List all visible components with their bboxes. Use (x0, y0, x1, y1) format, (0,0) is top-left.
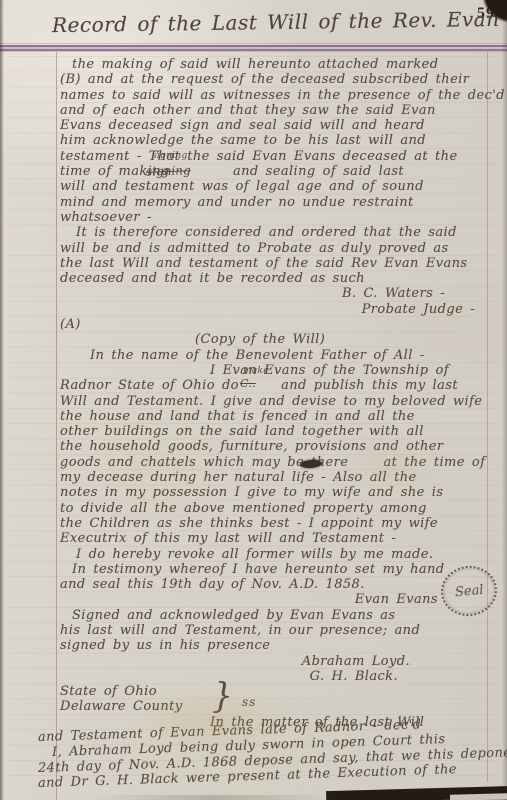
handwritten-line: Evans deceased sign and seal said will a… (60, 118, 490, 133)
handwritten-line: deceased and that it be recorded as such (60, 271, 490, 286)
interlinear-insert-make: make (243, 366, 269, 376)
struck-out-word: signing (146, 163, 191, 179)
handwritten-line: him acknowledge the same to be his last … (60, 133, 490, 148)
struck-out-word-2: C‥ (240, 377, 256, 390)
handwritten-line: testament - That the said Evan Evans dec… (60, 149, 490, 164)
handwritten-line: his last will and Testament, in our pres… (60, 623, 490, 638)
left-margin-line (56, 52, 57, 800)
paper-stain (130, 690, 290, 750)
handwritten-line: the making of said will hereunto attache… (60, 57, 490, 72)
handwritten-line: mind and memory and under no undue restr… (60, 195, 490, 210)
handwritten-line: (A) (60, 317, 490, 332)
handwritten-line: I Evan Evans of the Township of (60, 363, 490, 378)
handwritten-line: names to said will as witnesses in the p… (60, 88, 490, 103)
handwritten-line: the last Will and testament of the said … (60, 256, 490, 271)
handwritten-line: Signed and acknowledged by Evan Evans as (60, 608, 490, 623)
handwritten-line: Abraham Loyd. (60, 654, 490, 669)
handwritten-line: I do hereby revoke all former wills by m… (60, 547, 490, 562)
handwritten-line: time of making and sealing of said last (60, 164, 490, 179)
handwritten-line: will and testament was of legal age and … (60, 179, 490, 194)
handwritten-line: (B) and at the request of the deceased s… (60, 72, 490, 87)
interlinear-insert-signing: signing (152, 151, 188, 161)
handwritten-line: In testimony whereof I have hereunto set… (60, 562, 490, 577)
paper-stain (330, 430, 450, 500)
handwritten-lines: the making of said will hereunto attache… (60, 57, 490, 791)
handwritten-line: will be and is admitted to Probate as du… (60, 241, 490, 256)
book-edge-corner (481, 0, 507, 30)
handwritten-line: In the name of the Benevolent Father of … (60, 348, 490, 363)
handwritten-line: B. C. Waters - (60, 286, 490, 301)
handwritten-line: (Copy of the Will) (60, 332, 490, 347)
header-double-rule (0, 43, 507, 53)
handwritten-line: G. H. Black. (60, 669, 490, 684)
handwritten-line: signed by us in his presence (60, 638, 490, 653)
handwritten-line: Will and Testament. I give and devise to… (60, 394, 490, 409)
page-bottom-shadow (90, 795, 340, 800)
handwritten-line: the Children as she thinks best - I appo… (60, 516, 490, 531)
page-title: Record of the Last Will of the Rev. Evan… (52, 7, 500, 37)
handwritten-line: to divide all the above mentioned proper… (60, 501, 490, 516)
next-page-edge (450, 793, 507, 800)
handwritten-line: Executrix of this my last will and Testa… (60, 531, 490, 546)
seal-label: Seal (454, 582, 484, 599)
page-edge-right (502, 0, 507, 800)
ledger-page-scan: 59 Record of the Last Will of the Rev. E… (0, 0, 507, 800)
handwritten-line: It is therefore considered and ordered t… (60, 225, 490, 240)
handwritten-line: and of each other and that they saw the … (60, 103, 490, 118)
book-edge-left (0, 0, 4, 800)
handwritten-line: Radnor State of Ohio do and publish this… (60, 378, 490, 393)
handwritten-line: and seal this 19th day of Nov. A.D. 1858… (60, 577, 490, 592)
handwritten-line: Probate Judge - (60, 302, 490, 317)
handwritten-line: the house and land that is fenced in and… (60, 409, 490, 424)
handwritten-line: Evan Evans (60, 592, 490, 607)
handwritten-line: whatsoever - (60, 210, 490, 225)
